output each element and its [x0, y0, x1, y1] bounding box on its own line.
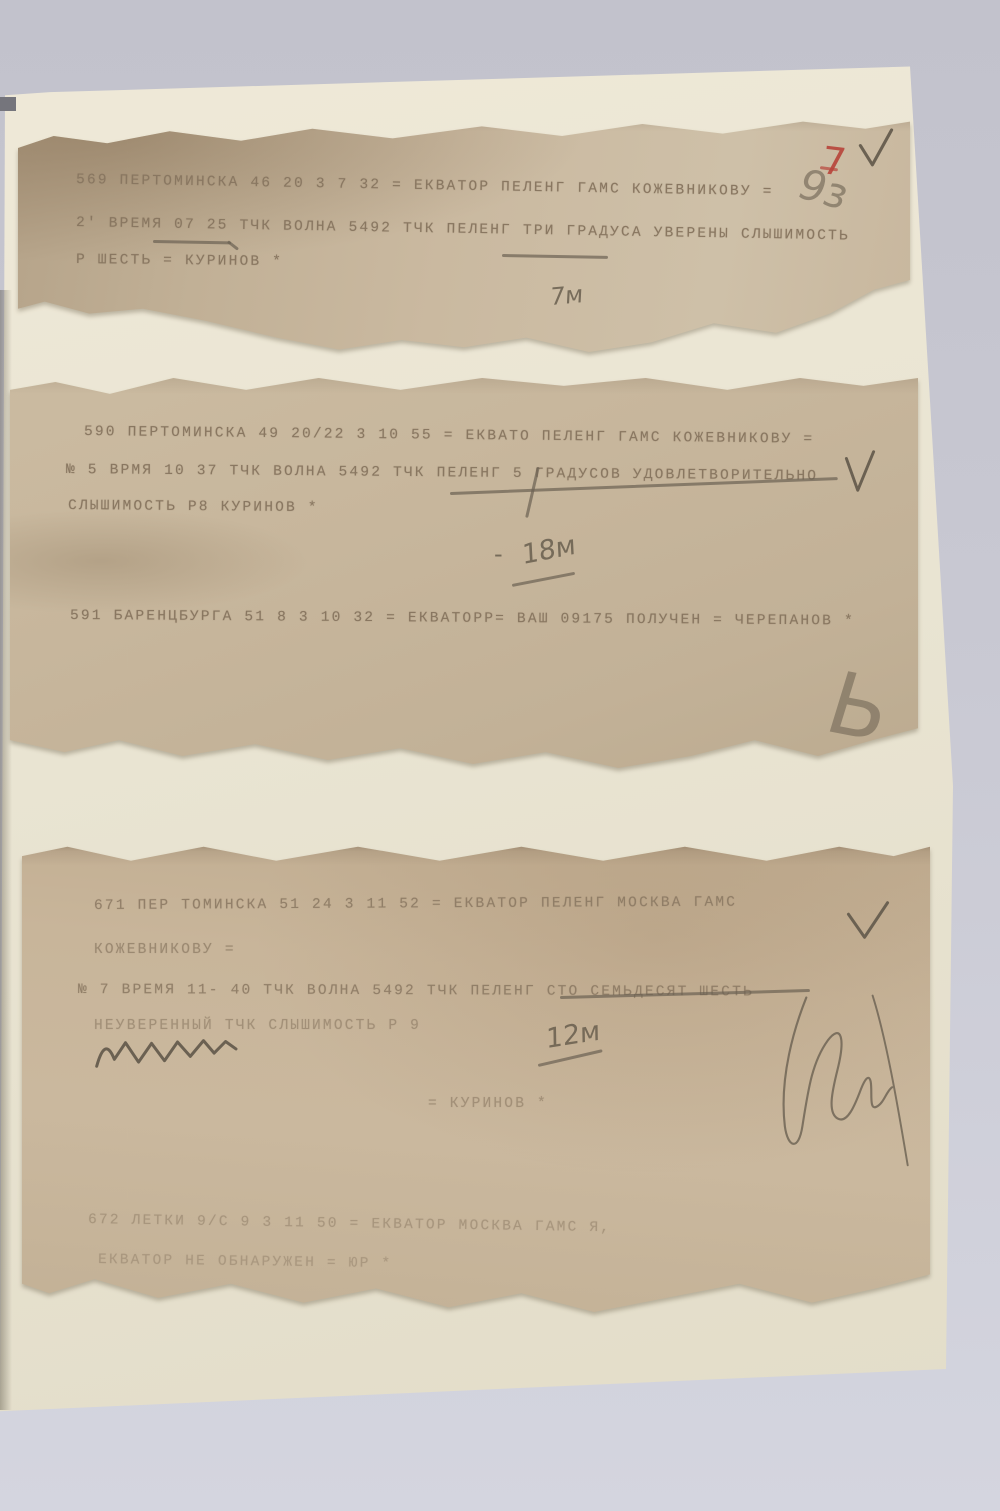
telegram-line: Р ШЕСТЬ = КУРИНОВ *: [76, 252, 283, 270]
zigzag-strikeout: [91, 1026, 265, 1077]
checkmark-icon: [845, 898, 891, 942]
telegram-line: СЛЫШИМОСТЬ Р8 КУРИНОВ *: [68, 498, 319, 516]
pencil-dash: -: [494, 540, 503, 568]
spine-edge-tab: [0, 97, 16, 111]
telegram-line: = КУРИНОВ *: [428, 1096, 548, 1112]
telegram-line: КОЖЕВНИКОВУ =: [94, 942, 236, 958]
telegram-line: 671 ПЕР ТОМИНСКА 51 24 3 11 52 = ЕКВАТОР…: [94, 895, 737, 914]
telegram-line: № 7 ВРЕМЯ 11- 40 ТЧК ВОЛНА 5492 ТЧК ПЕЛЕ…: [78, 982, 754, 1000]
pencil-minutes-note: 7м: [549, 280, 584, 311]
signature: [755, 980, 920, 1175]
checkmark-icon: [858, 126, 894, 170]
checkmark-icon: [843, 446, 877, 496]
photographed-archive-page: { "scene": { "description": "Photograph …: [0, 0, 1000, 1511]
